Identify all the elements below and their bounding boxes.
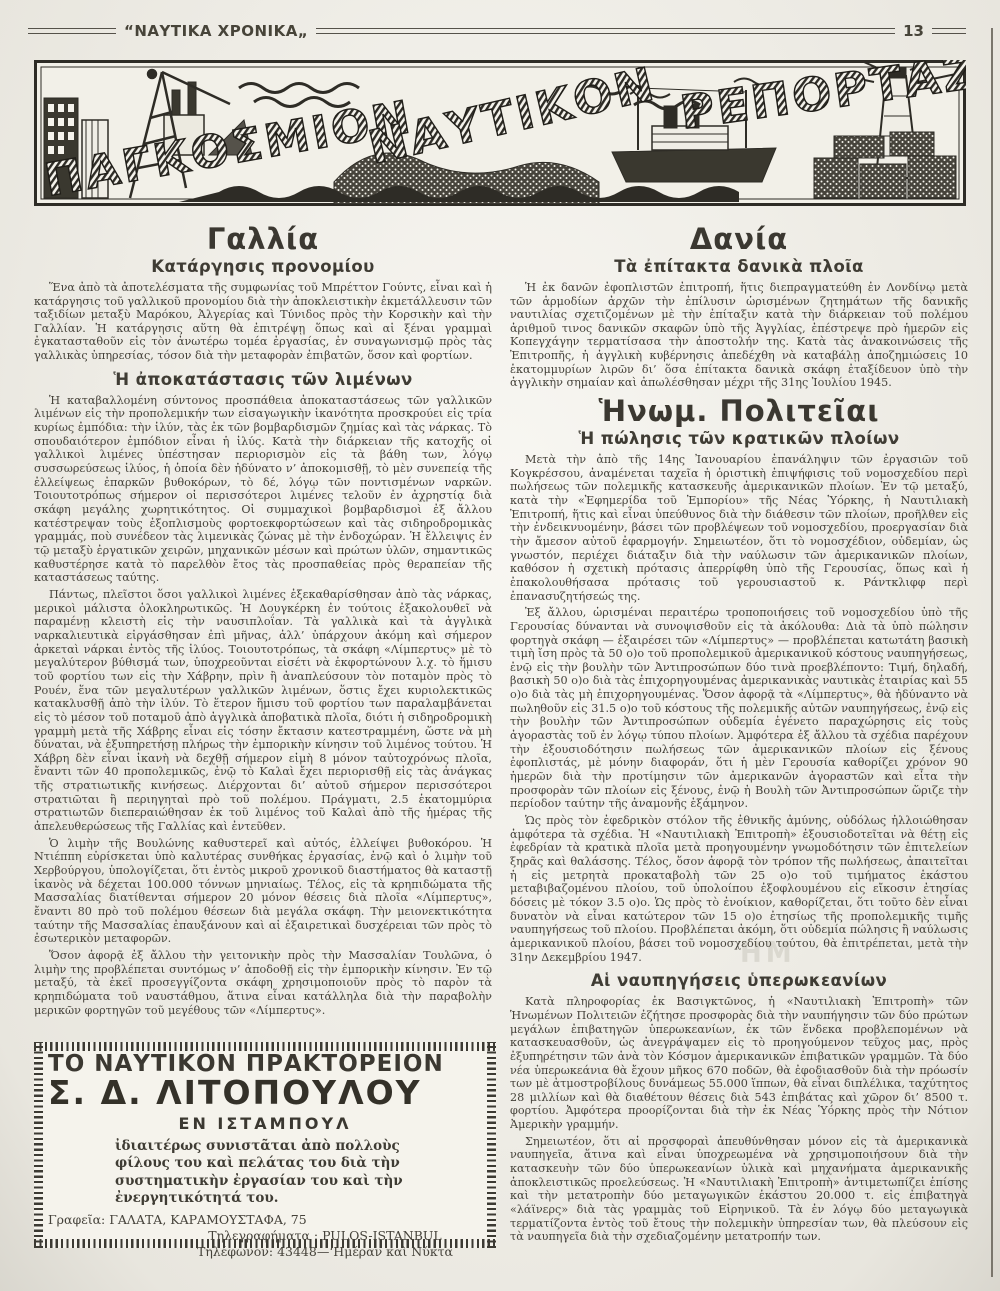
article-paragraph: Κατὰ πληροφορίας ἐκ Βασιγκτῶνος, ἡ «Ναυτ… [510,995,968,1132]
magazine-title: “ΝΑΥΤΙΚΑ ΧΡΟΝΙΚΑ„ [124,22,308,40]
ad-agency-city: ΕΝ ΙΣΤΑΜΠΟΥΛ [48,1114,482,1133]
ad-border-left [34,1042,43,1248]
subhead-port-restoration: Ἡ ἀποκατάστασις τῶν λιμένων [34,371,492,390]
page-bleed-through: ΗΜ [740,937,796,970]
ad-border-right [487,1042,496,1248]
ad-phone: Τηλέφωνον: 43448—‘Ημέραν καὶ Νύκτα [48,1244,482,1260]
subhead-abolition-privilege: Κατάργησις προνομίου [34,258,492,277]
article-paragraph: Σημειωτέον, ὅτι αἱ προσφοραὶ ἀπευθύνθησα… [510,1135,968,1244]
agency-advertisement: ΤΟ ΝΑΥΤΙΚΟΝ ΠΡΑΚΤΟΡΕΙΟΝ Σ. Δ. ΛΙΤΟΠΟΥΛΟΥ… [34,1042,496,1248]
article-paragraph: Ἡ ἐκ δανῶν ἐφοπλιστῶν ἐπιτροπή, ἥτις διε… [510,281,968,390]
ad-border-top [34,1042,496,1051]
right-column: Δανία Τὰ ἐπίτακτα δανικὰ πλοῖα Ἡ ἐκ δανῶ… [510,224,968,1268]
article-paragraph: Ὡς πρὸς τὸν ἐφεδρικὸν στόλον τῆς ἐθνικῆς… [510,814,968,964]
article-paragraph: Μετὰ τὴν ἀπὸ τῆς 14ης Ἰανουαρίου ἐπανάλη… [510,453,968,603]
article-paragraph: Ἐξ ἄλλου, ὡρισμέναι περαιτέρω τροποποιήσ… [510,606,968,811]
masthead-rule-right [932,28,966,34]
left-column: Γαλλία Κατάργησις προνομίου Ἕνα ἀπὸ τὰ ἀ… [34,224,492,1044]
section-title-united-states: Ἡνωμ. Πολιτεῖαι [510,396,968,428]
page-number: 13 [903,22,924,40]
section-title-denmark: Δανία [510,224,968,256]
ad-telegrams: Τηλεγραφήματα : PULOS-ISTANBUL [48,1228,482,1244]
article-paragraph: Ἕνα ἀπὸ τὰ ἀποτελέσματα τῆς συμφωνίας το… [34,281,492,363]
article-paragraph: Ἡ καταβαλλομένη σύντονος προσπάθεια ἀποκ… [34,394,492,585]
subhead-liner-construction: Αἱ ναυπηγήσεις ὑπερωκεανίων [510,972,968,991]
ad-offices: Γραφεῖα: ΓΑΛΑΤΑ, ΚΑΡΑΜΟΥΣΤΑΦΑ, 75 [48,1212,482,1228]
ad-agency-name: Σ. Δ. ΛΙΤΟΠΟΥΛΟΥ [48,1076,482,1111]
banner-illustration: ΠΑΓΚΟΣΜΙΟΝ ΝΑΥΤΙΚΟΝ ΡΕΠΟΡΤΑΖ [34,60,966,206]
article-paragraph: Πάντως, πλεῖστοι ὅσοι γαλλικοὶ λιμένες ἐ… [34,588,492,834]
section-title-france: Γαλλία [34,224,492,256]
ad-slogan: ἰδιαιτέρως συνιστᾶται ἀπὸ πολλοὺς φίλους… [115,1138,415,1208]
article-paragraph: Ὅσον ἀφορᾷ ἐξ ἄλλου τὴν γειτονικὴν πρὸς … [34,949,492,1017]
article-paragraph: Ὁ λιμὴν τῆς Βουλώνης καθυστερεῖ καὶ αὐτό… [34,837,492,946]
masthead: “ΝΑΥΤΙΚΑ ΧΡΟΝΙΚΑ„ 13 [28,22,966,40]
page-edge-rule [991,28,993,1277]
masthead-rule-center [316,28,895,34]
subhead-sale-state-ships: Ἡ πώλησις τῶν κρατικῶν πλοίων [510,430,968,449]
subhead-requisitioned-ships: Τὰ ἐπίτακτα δανικὰ πλοῖα [510,258,968,277]
masthead-rule-left [28,28,116,34]
